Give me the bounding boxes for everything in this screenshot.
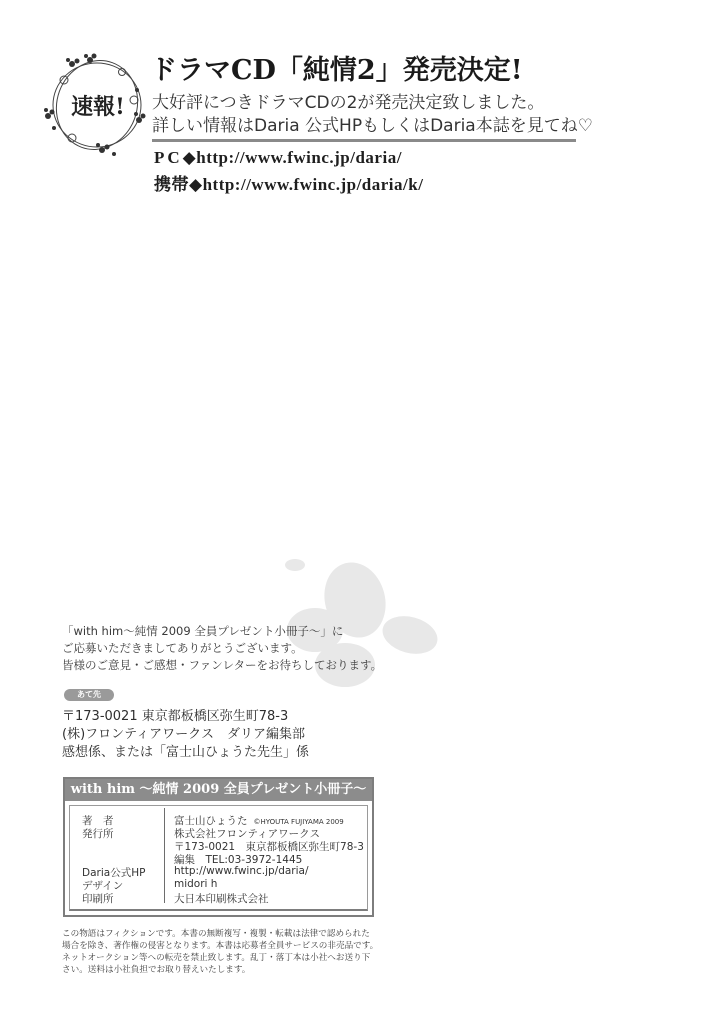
announcement-line-2: 詳しい情報はDaria 公式HPもしくはDaria本誌を見てね♡ xyxy=(152,111,593,136)
printer-value: 大日本印刷株式会社 xyxy=(174,891,269,906)
colophon-box: with him ～純情 2009 全員プレゼント小冊子～ 著 者 富士山ひょう… xyxy=(63,777,374,917)
mobile-url-link[interactable]: http://www.fwinc.jp/daria/k/ xyxy=(203,175,424,194)
disclaimer-line-2: 場合を除き、著作権の侵害となります。本書は応募者全員サービスの非売品です。 xyxy=(62,939,378,951)
announcement-line-1: 大好評につきドラマCDの2が発売決定致しました。 xyxy=(152,88,544,113)
disclaimer-line-1: この物語はフィクションです。本書の無断複写・複製・転載は法律で認められた xyxy=(62,927,370,939)
pc-label: PC xyxy=(154,148,183,167)
colophon-divider xyxy=(164,808,165,903)
divider xyxy=(152,139,576,142)
headline: ドラマCD「純情2」発売決定! xyxy=(150,48,523,87)
website-link[interactable]: http://www.fwinc.jp/daria/ xyxy=(174,865,309,877)
address-line-1: 〒173-0021 東京都板橋区弥生町78-3 xyxy=(62,705,288,724)
printer-key: 印刷所 xyxy=(82,891,114,906)
mobile-label: 携帯 xyxy=(154,175,189,194)
diamond-icon: ◆ xyxy=(189,175,203,194)
address-line-2: (株)フロンティアワークス ダリア編集部 xyxy=(62,723,305,742)
pc-url-link[interactable]: http://www.fwinc.jp/daria/ xyxy=(196,148,402,167)
address-badge: あて先 xyxy=(64,689,114,701)
thanks-line-1: 「with him～純情 2009 全員プレゼント小冊子～」に xyxy=(62,623,343,639)
diamond-icon: ◆ xyxy=(183,148,197,167)
disclaimer-line-4: さい。送料は小社負担でお取り替えいたします。 xyxy=(62,963,250,975)
disclaimer-line-3: ネットオークション等への転売を禁止致します。乱丁・落丁本は小社へお送り下 xyxy=(62,951,370,963)
publisher-key: 発行所 xyxy=(82,826,114,841)
mobile-link-row: 携帯◆http://www.fwinc.jp/daria/k/ xyxy=(154,170,423,195)
thanks-line-2: ご応募いただきましてありがとうございます。 xyxy=(62,640,303,656)
breaking-news-badge: 速報! xyxy=(48,90,148,121)
address-line-3: 感想係、または「富士山ひょうた先生」係 xyxy=(62,741,309,760)
design-value: midori h xyxy=(174,878,217,890)
colophon-table: 著 者 富士山ひょうた©HYOUTA FUJIYAMA 2009 発行所 株式会… xyxy=(69,805,368,911)
colophon-title: with him ～純情 2009 全員プレゼント小冊子～ xyxy=(65,779,372,801)
pc-link-row: PC◆http://www.fwinc.jp/daria/ xyxy=(154,148,402,168)
copyright-note: ©HYOUTA FUJIYAMA 2009 xyxy=(254,818,344,826)
thanks-line-3: 皆様のご意見・ご感想・ファンレターをお待ちしております。 xyxy=(62,657,382,673)
